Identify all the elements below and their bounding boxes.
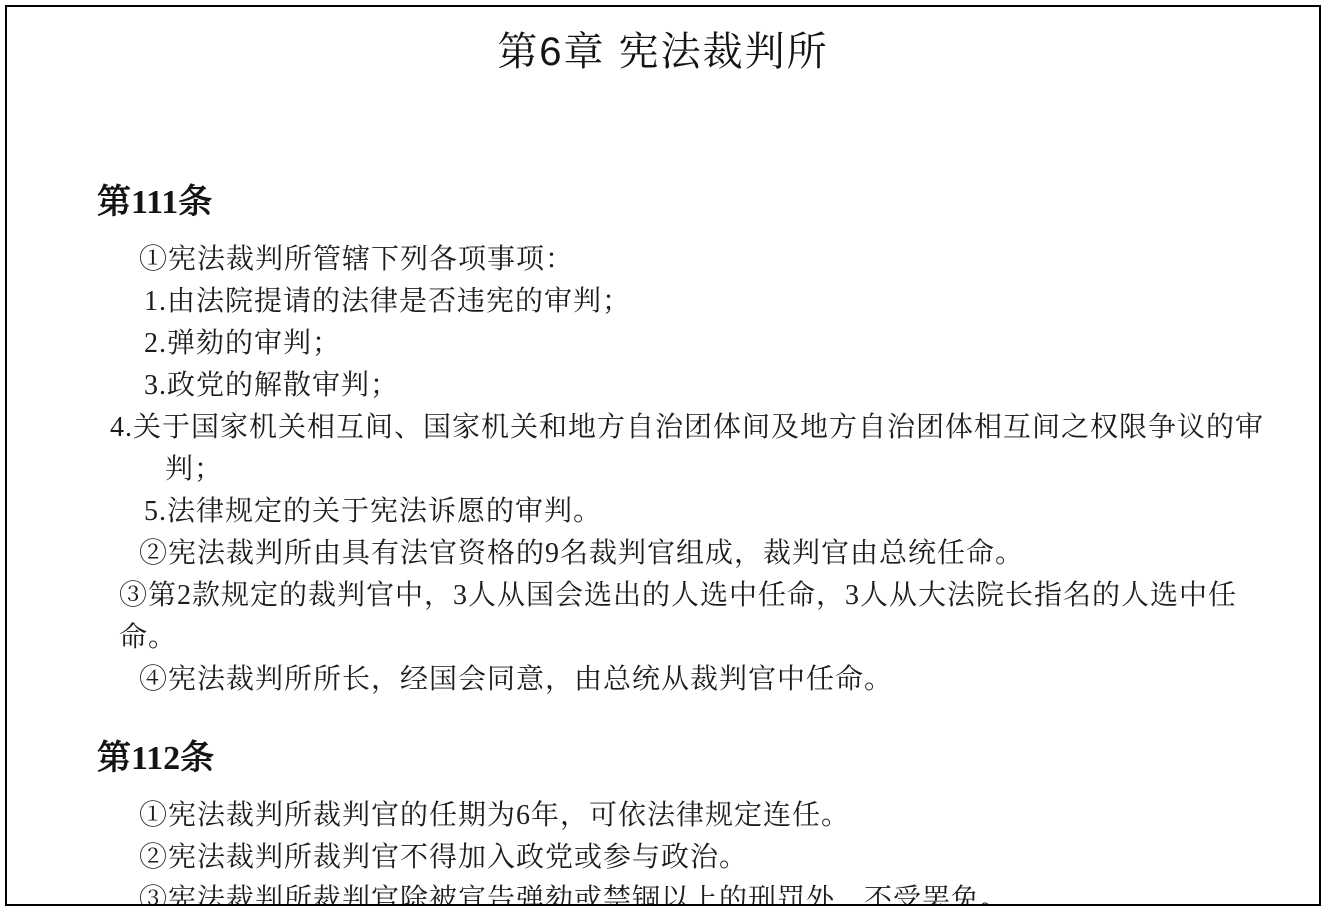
article-111-clauses: ①宪法裁判所管辖下列各项事项： 1.由法院提请的法律是否违宪的审判； 2.弹劾的…	[7, 239, 1319, 701]
clause-text: ②宪法裁判所裁判官不得加入政党或参与政治。	[139, 837, 1279, 879]
clause-text: ③第2款规定的裁判官中，3人从国会选出的人选中任命，3人从大法院长指名的人选中任…	[119, 575, 1279, 659]
clause-text: 1.由法院提请的法律是否违宪的审判；	[144, 281, 1279, 323]
chapter-title: 第6章 宪法裁判所	[7, 29, 1319, 75]
clause-text: 3.政党的解散审判；	[144, 365, 1279, 407]
clause-text: 5.法律规定的关于宪法诉愿的审判。	[144, 491, 1279, 533]
clause-text: ④宪法裁判所所长，经国会同意，由总统从裁判官中任命。	[139, 659, 1279, 701]
clause-text: 4.关于国家机关相互间、国家机关和地方自治团体间及地方自治团体相互间之权限争议的…	[110, 407, 1280, 491]
article-112-clauses: ①宪法裁判所裁判官的任期为6年，可依法律规定连任。 ②宪法裁判所裁判官不得加入政…	[7, 795, 1319, 906]
clause-text: ①宪法裁判所管辖下列各项事项：	[139, 239, 1279, 281]
clause-text: ①宪法裁判所裁判官的任期为6年，可依法律规定连任。	[139, 795, 1279, 837]
document-page: 第6章 宪法裁判所 第111条 ①宪法裁判所管辖下列各项事项： 1.由法院提请的…	[5, 5, 1321, 906]
article-section-112: 第112条 ①宪法裁判所裁判官的任期为6年，可依法律规定连任。 ②宪法裁判所裁判…	[7, 737, 1319, 906]
article-section-111: 第111条 ①宪法裁判所管辖下列各项事项： 1.由法院提请的法律是否违宪的审判；…	[7, 181, 1319, 701]
clause-text: ②宪法裁判所由具有法官资格的9名裁判官组成，裁判官由总统任命。	[139, 533, 1279, 575]
clause-text: ③宪法裁判所裁判官除被宣告弹劾或禁锢以上的刑罚外，不受罢免。	[139, 879, 1279, 906]
article-112-heading: 第112条	[97, 737, 1319, 781]
clause-text: 2.弹劾的审判；	[144, 323, 1279, 365]
article-111-heading: 第111条	[97, 181, 1319, 225]
